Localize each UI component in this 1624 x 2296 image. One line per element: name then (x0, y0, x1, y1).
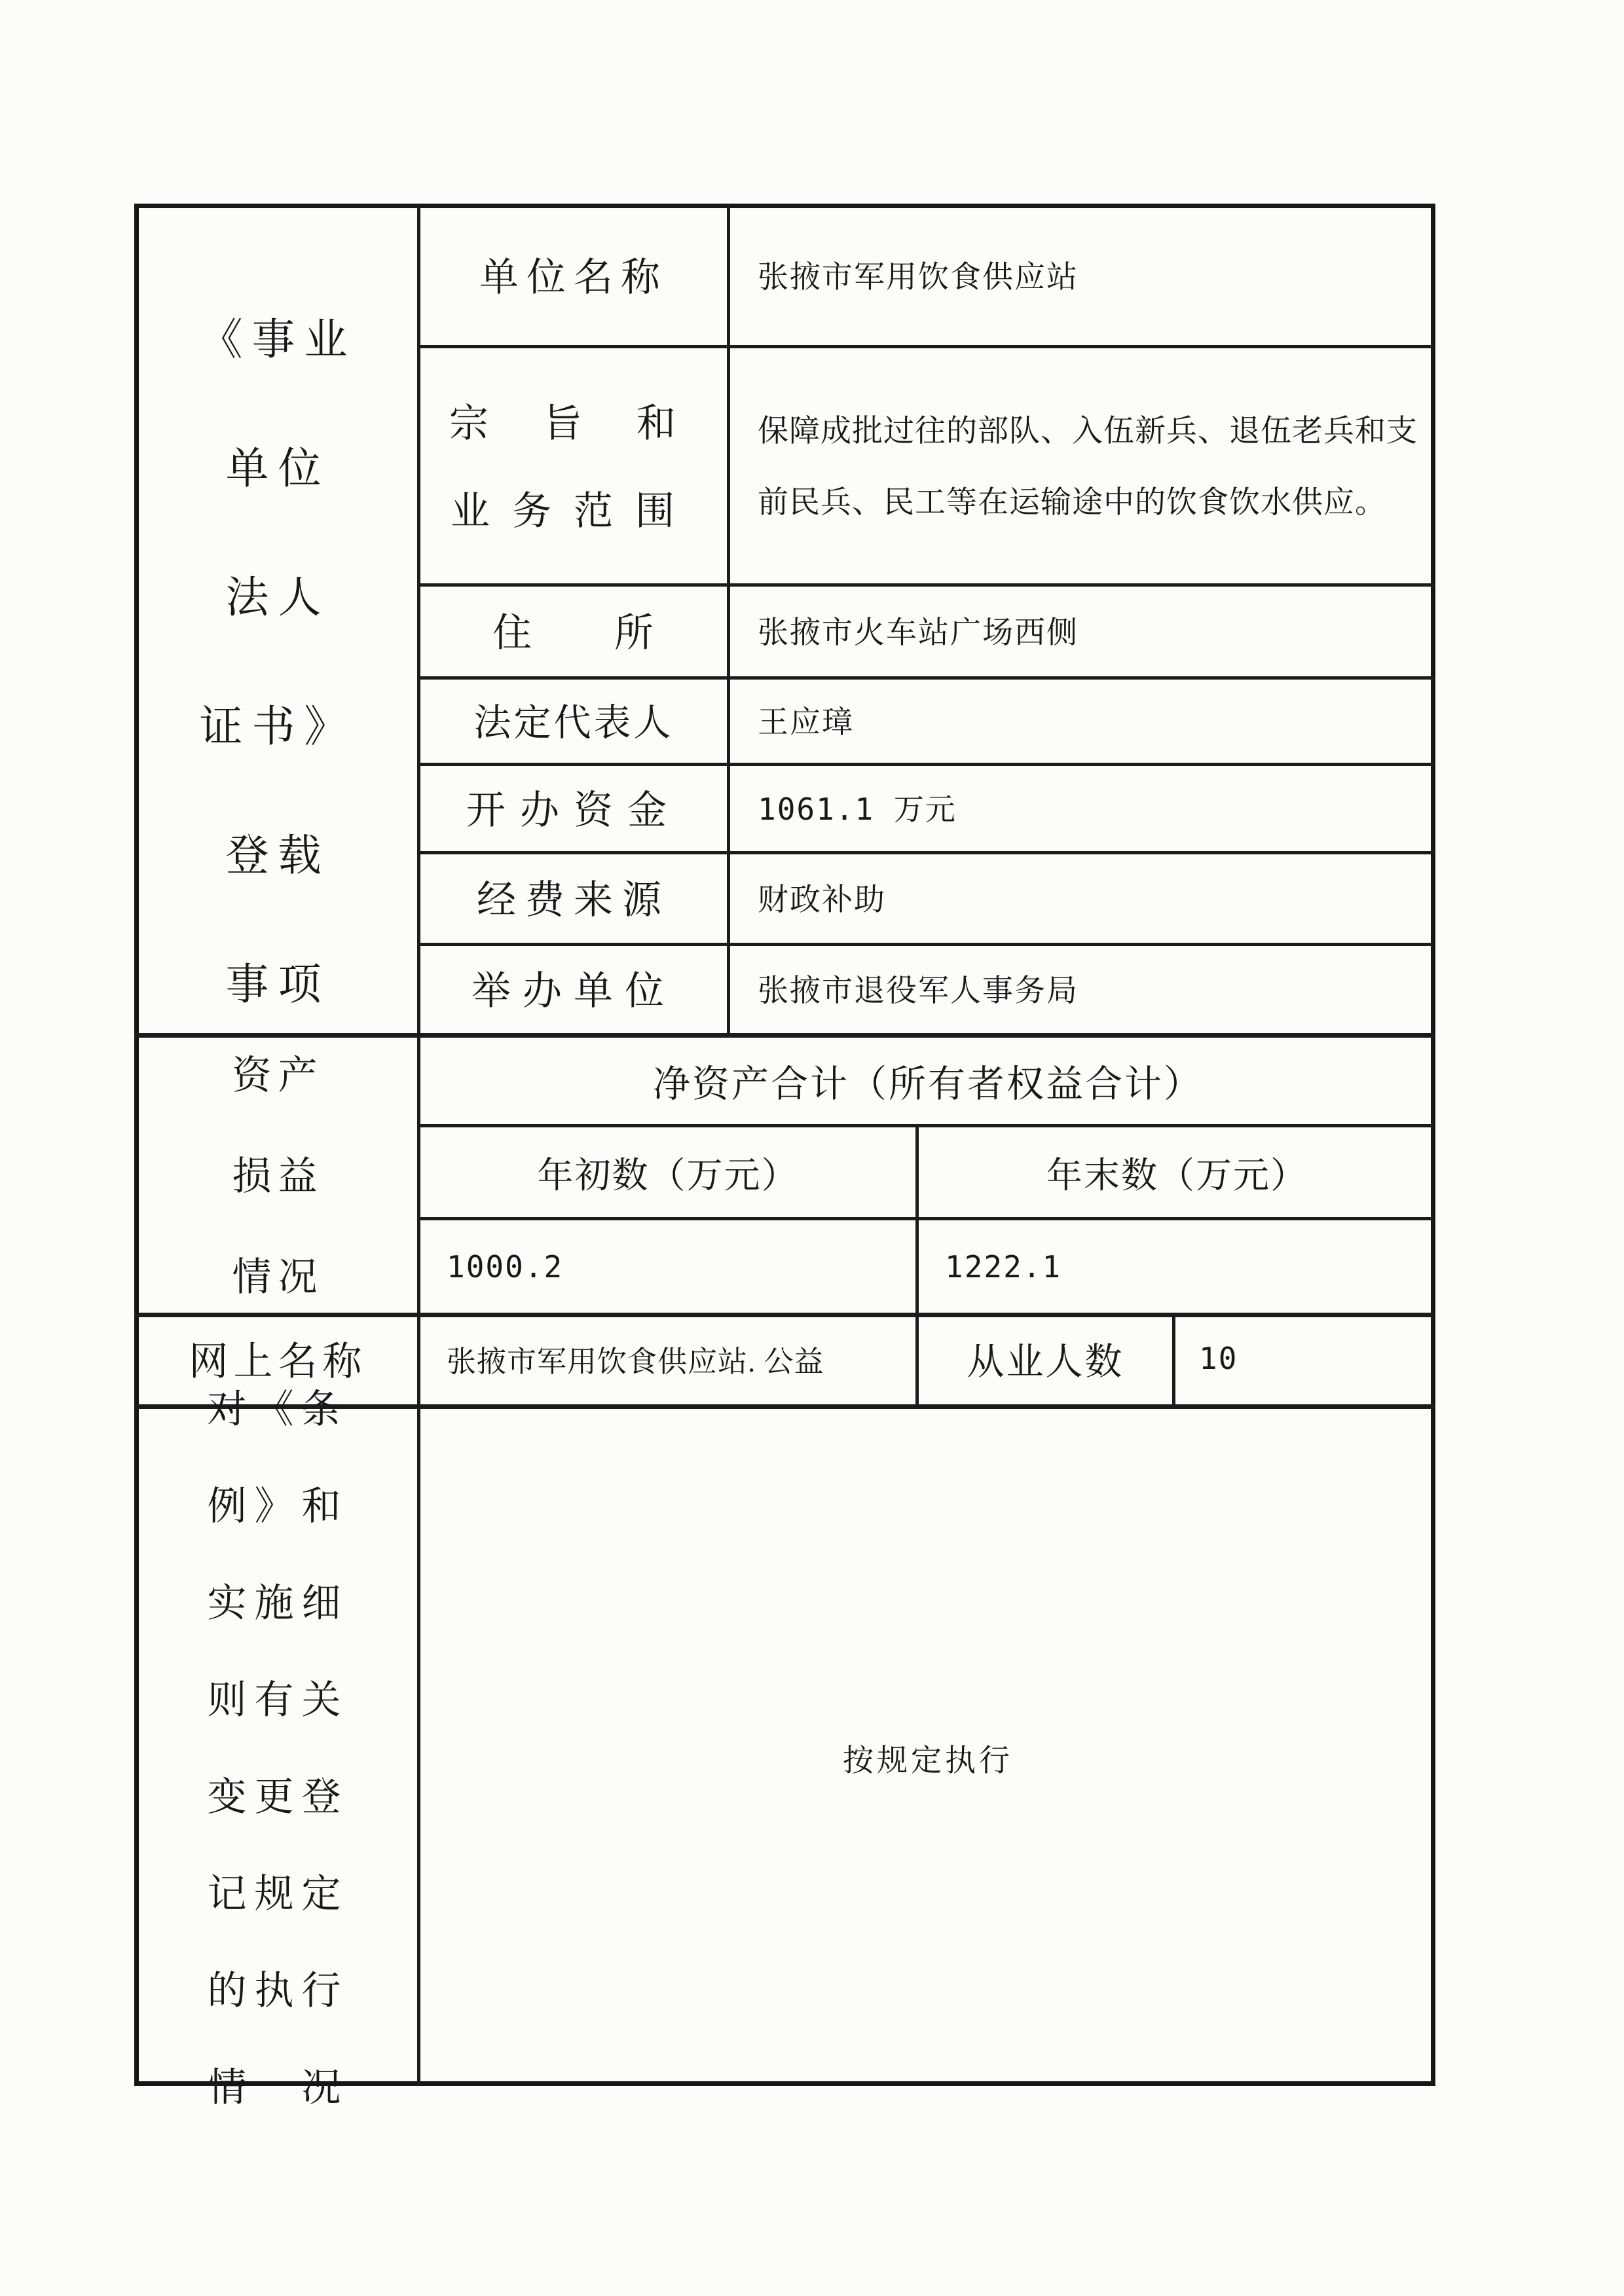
organizer-label: 举办单位 (420, 943, 727, 1033)
opening-capital-amount: 1061.1 万元 (758, 786, 957, 829)
funding-source-label: 经费来源 (420, 851, 727, 943)
certificate-header-line: 事项 (226, 949, 331, 1011)
net-assets-header: 净资产合计（所有者权益合计） (420, 1038, 1435, 1124)
unit-name-label: 单位名称 (420, 204, 727, 345)
compliance-label-line: 对《条 (208, 1378, 349, 1434)
certificate-header-line: 单位 (226, 433, 331, 496)
compliance-label-line: 的执行 (208, 1959, 349, 2016)
purpose-scope-value-line: 保障成批过往的部队、入伍新兵、退伍老兵和支 (758, 407, 1418, 450)
certificate-header-line: 《事业 (200, 304, 357, 367)
year-begin-amount: 1000.2 (447, 1249, 563, 1285)
compliance-section-label: 对《条 例》和 实施细 则有关 变更登 记规定 的执行 情 况 (139, 1404, 417, 2086)
staff-count-value: 10 (1175, 1313, 1435, 1404)
compliance-label-line: 变更登 (208, 1766, 349, 1822)
year-begin-value: 1000.2 (420, 1220, 915, 1313)
asset-section-label-line: 损益 (232, 1145, 324, 1201)
purpose-scope-label: 宗 旨 和 业务范围 (420, 345, 727, 583)
year-end-column-header: 年末数（万元） (919, 1127, 1435, 1217)
address-label: 住 所 (420, 583, 727, 676)
compliance-label-line: 则有关 (208, 1669, 349, 1725)
compliance-label-line: 情 况 (208, 2056, 349, 2113)
certificate-header-line: 登载 (226, 820, 331, 883)
opening-capital-label: 开办资金 (420, 763, 727, 851)
year-begin-column-header: 年初数（万元） (420, 1127, 915, 1217)
certificate-section-header: 《事业 单位 法人 证书》 登载 事项 (139, 216, 417, 1028)
purpose-scope-value-line: 前民兵、民工等在运输途中的饮食饮水供应。 (758, 478, 1386, 522)
purpose-scope-label-line: 业务范围 (451, 480, 697, 536)
address-value: 张掖市火车站广场西侧 (730, 583, 1435, 676)
asset-section-label-line: 资产 (232, 1044, 324, 1101)
opening-capital-value: 1061.1 万元 (730, 763, 1435, 851)
year-end-amount: 1222.1 (945, 1249, 1061, 1285)
compliance-label-line: 实施细 (208, 1572, 349, 1628)
certificate-header-line: 法人 (226, 562, 331, 625)
asset-section-label-line: 情况 (232, 1246, 324, 1302)
purpose-scope-label-line: 宗 旨 和 (449, 392, 698, 448)
organizer-value: 张掖市退役军人事务局 (730, 943, 1435, 1033)
purpose-scope-value: 保障成批过往的部队、入伍新兵、退伍老兵和支 前民兵、民工等在运输途中的饮食饮水供… (730, 345, 1435, 583)
certificate-header-line: 证书》 (200, 691, 357, 754)
compliance-label-line: 例》和 (208, 1475, 349, 1531)
legal-representative-value: 王应璋 (730, 676, 1435, 763)
funding-source-value: 财政补助 (730, 851, 1435, 943)
asset-section-label: 资产 损益 情况 (139, 1033, 417, 1313)
compliance-label-line: 记规定 (208, 1863, 349, 1919)
unit-name-value: 张掖市军用饮食供应站 (730, 204, 1435, 345)
staff-count-label: 从业人数 (919, 1313, 1172, 1404)
online-name-value: 张掖市军用饮食供应站. 公益 (420, 1313, 915, 1404)
legal-representative-label: 法定代表人 (420, 676, 727, 763)
scanned-form-page: 《事业 单位 法人 证书》 登载 事项 单位名称 宗 旨 和 业务范围 住 所 … (0, 0, 1624, 2296)
compliance-value: 按规定执行 (420, 1404, 1435, 2086)
staff-count-number: 10 (1199, 1341, 1238, 1376)
year-end-value: 1222.1 (919, 1220, 1435, 1313)
